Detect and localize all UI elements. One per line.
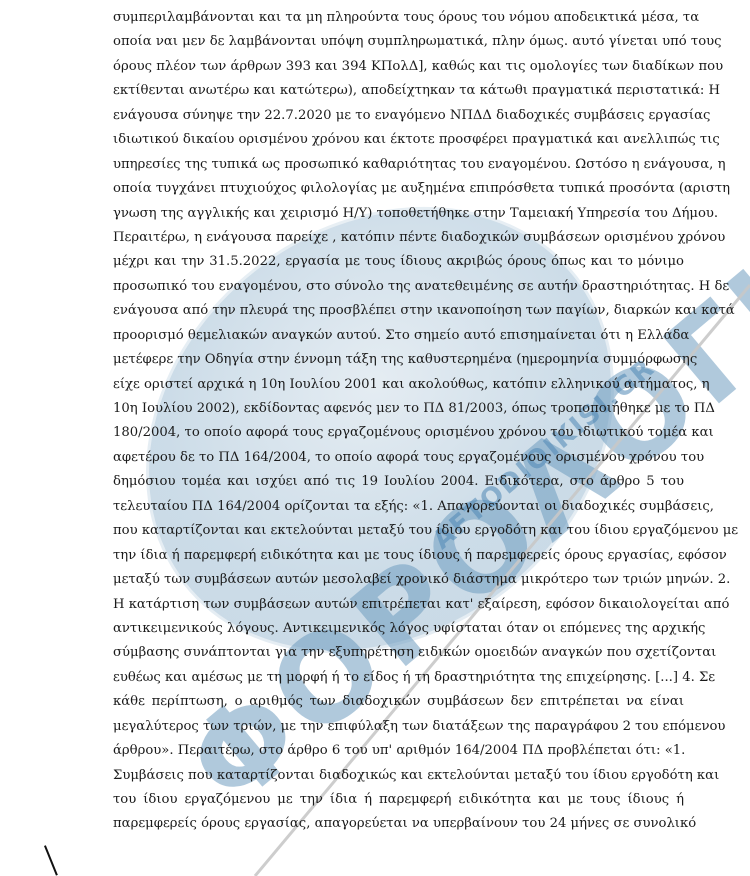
text-line: ενάγουσα από την πλευρά της προσβλέπει σ… — [113, 299, 684, 323]
text-line: γνωση της αγγλικής και χειρισμό Η/Υ) τοπ… — [113, 202, 684, 226]
text-line: μεγαλύτερος των τριών, με την επιφύλαξη … — [113, 715, 684, 739]
text-line: τελευταίου ΠΔ 164/2004 ορίζονται τα εξής… — [113, 495, 684, 519]
text-line: Η κατάρτιση των συμβάσεων αυτών επιτρέπε… — [113, 593, 684, 617]
text-line: αφετέρου δε το ΠΔ 164/2004, το οποίο αφο… — [113, 446, 684, 470]
text-line: ενάγουσα σύνηψε την 22.7.2020 με το εναγ… — [113, 104, 684, 128]
text-line: προορισμό θεμελιακών αναγκών αυτού. Στο … — [113, 324, 684, 348]
text-line: αντικειμενικούς λόγους. Αντικειμενικός λ… — [113, 617, 684, 641]
text-line: σύμβασης συνάπτονται για την εξυπηρέτηση… — [113, 641, 684, 665]
text-line: μετέφερε την Οδηγία στην έννομη τάξη της… — [113, 348, 684, 372]
text-line: ευθέως και αμέσως με τη μορφή ή το είδος… — [113, 666, 684, 690]
text-line: άρθρου». Περαιτέρω, στο άρθρο 6 του υπ' … — [113, 739, 684, 763]
text-line: του ίδιου εργαζόμενου με την ίδια ή παρε… — [113, 788, 684, 812]
text-line: 10η Ιουλίου 2002), εκδίδοντας αφενός μεν… — [113, 397, 684, 421]
document-body: συμπεριλαμβάνονται και τα μη πληρούντα τ… — [113, 6, 684, 837]
text-line: οποία τυγχάνει πτυχιούχος φιλολογίας με … — [113, 177, 684, 201]
text-line: που καταρτίζονται και εκτελούνται μεταξύ… — [113, 519, 684, 543]
text-line: μεταξύ των συμβάσεων αυτών μεσολαβεί χρο… — [113, 568, 684, 592]
text-line: υπηρεσίες της τυπικά ως προσωπικό καθαρι… — [113, 153, 684, 177]
text-line: Περαιτέρω, η ενάγουσα παρείχε , κατόπιν … — [113, 226, 684, 250]
text-line: μέχρι και την 31.5.2022, εργασία με τους… — [113, 250, 684, 274]
text-line: Συμβάσεις που καταρτίζονται διαδοχικώς κ… — [113, 764, 684, 788]
text-line: κάθε περίπτωση, ο αριθμός των διαδοχικών… — [113, 690, 684, 714]
text-line: ιδιωτικού δικαίου ορισμένου χρόνου και έ… — [113, 128, 684, 152]
document-page: ΦΟΡΟΛΟΓΙΚΗ AFTODIOIKISI.GR συμπεριλαμβάν… — [0, 0, 750, 876]
text-line: οποία ναι μεν δε λαμβάνονται υπόψη συμπλ… — [113, 30, 684, 54]
text-line: την ίδια ή παρεμφερή ειδικότητα και με τ… — [113, 544, 684, 568]
text-line: 180/2004, το οποίο αφορά τους εργαζομένο… — [113, 421, 684, 445]
text-line: προσωπικό του εναγομένου, στο σύνολο της… — [113, 275, 684, 299]
text-line: όρους πλέον των άρθρων 393 και 394 ΚΠολΔ… — [113, 55, 684, 79]
text-line: δημόσιου τομέα και ισχύει από τις 19 Ιου… — [113, 470, 684, 494]
text-line: παρεμφερείς όρους εργασίας, απαγορεύεται… — [113, 812, 684, 836]
text-line: εκτίθενται ανωτέρω και κατώτερω), αποδεί… — [113, 79, 684, 103]
text-line: είχε οριστεί αρχικά η 10η Ιουλίου 2001 κ… — [113, 373, 684, 397]
margin-pen-mark — [44, 845, 58, 875]
text-line: συμπεριλαμβάνονται και τα μη πληρούντα τ… — [113, 6, 684, 30]
